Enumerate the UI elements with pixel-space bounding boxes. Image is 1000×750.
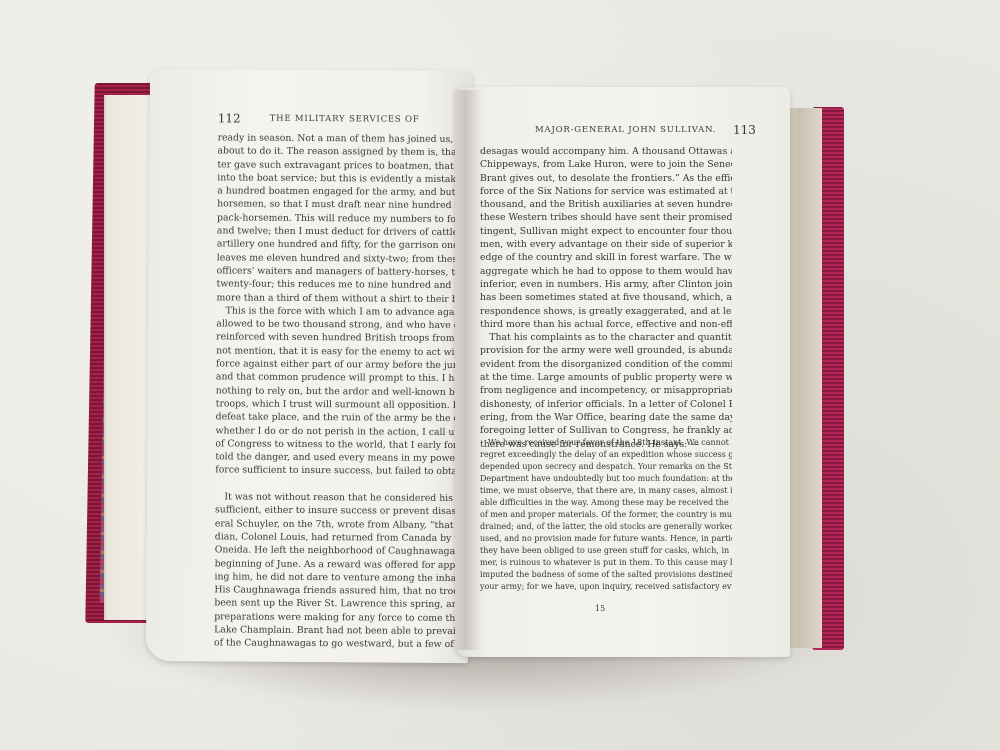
text-line: been sent up the River St. Lawrence this…	[214, 597, 456, 612]
text-line: about to do it. The reason assigned by t…	[217, 145, 459, 160]
text-line: sufficient, either to insure success or …	[215, 504, 457, 519]
text-line: drained; and, of the latter, the old sto…	[480, 521, 732, 533]
text-line: twenty-four; this reduces me to nine hun…	[217, 278, 459, 293]
book-gutter	[452, 90, 482, 650]
text-line: these Western tribes should have sent th…	[480, 211, 732, 224]
left-page-body: ready in season. Not a man of them has j…	[214, 131, 460, 651]
running-head-right: MAJOR-GENERAL JOHN SULLIVAN.	[535, 125, 716, 135]
text-line: force sufficient to insure success, but …	[215, 464, 457, 479]
text-line: dishonesty, of inferior officials. In a …	[480, 398, 732, 411]
text-line: of men and proper materials. Of the form…	[480, 509, 732, 521]
text-line: respondence shows, is greatly exaggerate…	[480, 305, 732, 318]
text-line: foregoing letter of Sullivan to Congress…	[480, 424, 732, 437]
text-line: and that common prudence will prompt to …	[216, 371, 458, 386]
page-number-right: 113	[733, 123, 756, 137]
text-line: Brant gives out, to desolate the frontie…	[480, 172, 732, 185]
text-line: imputed the badness of some of the salte…	[480, 569, 732, 581]
signature-mark: 15	[595, 604, 605, 613]
running-head-left: THE MILITARY SERVICES OF	[270, 114, 420, 125]
text-line: men, with every advantage on their side …	[480, 238, 732, 251]
text-line: beginning of June. As a reward was offer…	[215, 557, 457, 572]
right-page-body: desagas would accompany him. A thousand …	[480, 145, 732, 451]
text-line: ering, from the War Office, bearing date…	[480, 411, 732, 424]
text-line: aggregate which he had to oppose to them…	[480, 265, 732, 278]
text-line: able difficulties in the way. Among thes…	[480, 497, 732, 509]
text-line: they have been obliged to use green stuf…	[480, 545, 732, 557]
text-line: edge of the country and skill in forest …	[480, 251, 732, 264]
text-line: regret exceedingly the delay of an exped…	[480, 449, 732, 461]
text-line: artillery one hundred and fifty, for the…	[217, 238, 459, 253]
text-line: inferior, even in numbers. His army, aft…	[480, 278, 732, 291]
text-line: time, we must observe, that there are, i…	[480, 485, 732, 497]
text-line: thousand, and the British auxiliaries at…	[480, 198, 732, 211]
text-line: of the Caughnawagas to go westward, but …	[214, 637, 456, 652]
text-line: force of the Six Nations for service was…	[480, 185, 732, 198]
text-line: Chippeways, from Lake Huron, were to joi…	[480, 158, 732, 171]
text-line: from negligence and incompetency, or mis…	[480, 384, 732, 397]
text-line: provision for the army were well grounde…	[480, 344, 732, 357]
text-line: reinforced with seven hundred British tr…	[216, 331, 458, 346]
text-line: mer, is ruinous to whatever is put in th…	[480, 557, 732, 569]
left-page: 112 THE MILITARY SERVICES OF ready in se…	[146, 69, 472, 663]
text-line: depended upon secrecy and despatch. Your…	[480, 461, 732, 473]
right-page-quote: We have received your favor of the 18th …	[480, 437, 732, 593]
text-line: has been sometimes stated at five thousa…	[480, 291, 732, 304]
page-number-left: 112	[218, 111, 241, 125]
text-line: We have received your favor of the 18th …	[480, 437, 732, 449]
text-line: third more than his actual force, effect…	[480, 318, 732, 331]
text-line: That his complaints as to the character …	[480, 331, 732, 344]
text-line: Department have undoubtedly but too much…	[480, 473, 732, 485]
text-line: defeat take place, and the ruin of the a…	[216, 411, 458, 426]
text-line: Oneida. He left the neighborhood of Caug…	[215, 544, 457, 559]
text-line: your army; for we have, upon inquiry, re…	[480, 581, 732, 593]
text-line: at the time. Large amounts of public pro…	[480, 371, 732, 384]
right-page: MAJOR-GENERAL JOHN SULLIVAN. 113 desagas…	[455, 87, 790, 657]
text-line: tingent, Sullivan might expect to encoun…	[480, 225, 732, 238]
text-line: desagas would accompany him. A thousand …	[480, 145, 732, 158]
text-line: horsemen, so that I must draft near nine…	[217, 198, 459, 213]
text-line: evident from the disorganized condition …	[480, 358, 732, 371]
text-line: used, and no provision made for future w…	[480, 533, 732, 545]
